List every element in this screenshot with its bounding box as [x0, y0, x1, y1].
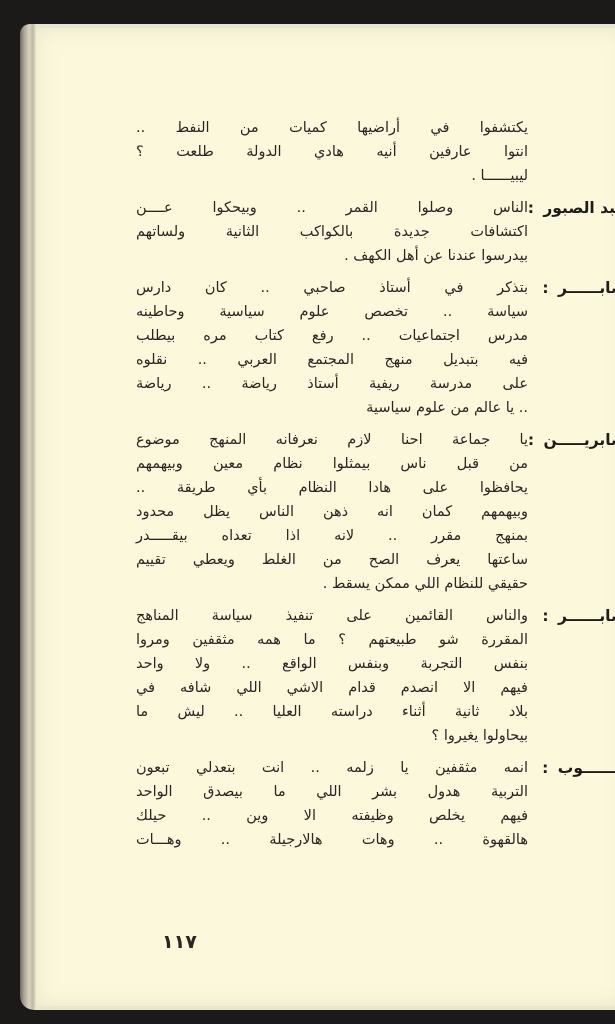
intro-block: يكتشفوا في أراضيها كميات من النفط .. انت…: [136, 116, 615, 188]
text-line: بمنهج مقرر .. لانه اذا تعداه بيقـــــدر: [136, 524, 528, 548]
text-line: والناس القائمين على تنفيذ سياسة المناهج: [136, 604, 528, 628]
text-line: انتوا عارفين أنيه هادي الدولة طلعت ؟: [136, 140, 528, 164]
book-page: يكتشفوا في أراضيها كميات من النفط .. انت…: [36, 28, 615, 1006]
text-line: فيهم الا انصدم قدام الاشي اللي شافه في: [136, 676, 528, 700]
speaker-name: عبد الصبور :: [528, 196, 615, 268]
text-line: هالقهوة .. وهات هالارجيلة .. وهـــات: [136, 828, 528, 852]
text-line: سياسة .. تخصص علوم سياسية وحاطينه: [136, 300, 528, 324]
dialogue-ayoub: أيــــــوب : انمه مثقفين يا زلمه .. انت …: [136, 756, 615, 852]
text-line: انمه مثقفين يا زلمه .. انت بتعدلي تبعون: [136, 756, 528, 780]
text-line: يكتشفوا في أراضيها كميات من النفط ..: [136, 116, 528, 140]
dialogue-saber-1: صابــــــر : بتذكر في أستاذ صاحبي .. كان…: [136, 276, 615, 420]
text-line: المقررة شو طبيعتهم ؟ ما همه مثقفين ومروا: [136, 628, 528, 652]
text-line: وبيهمهم كمان انه ذهن الناس يظل محدود: [136, 500, 528, 524]
speaker-name: أيــــــوب :: [528, 756, 615, 852]
dialogue-abdelsabour: عبد الصبور : الناس وصلوا القمر .. وبيحكو…: [136, 196, 615, 268]
text-line: من قبل ناس بيمثلوا نظام معين وبيهمهم: [136, 452, 528, 476]
text-line: ليبيــــــا .: [136, 164, 528, 188]
text-line: حقيقي للنظام اللي ممكن يسقط .: [136, 572, 528, 596]
text-line: التربية هدول بشر اللي ما بيصدق الواحد: [136, 780, 528, 804]
text-line: بلاد ثانية أثناء دراسته العليا .. ليش ما: [136, 700, 528, 724]
dialogue-sabreen: صابريـــــن : يا جماعة احنا لازم نعرفانه…: [136, 428, 615, 596]
speaker-spacer: [528, 116, 615, 188]
speaker-name: صابــــــر :: [528, 276, 615, 420]
text-line: ساعتها يعرف الصح من الغلط ويعطي تقييم: [136, 548, 528, 572]
text-line: يحافظوا على هادا النظام بأي طريقة ..: [136, 476, 528, 500]
text-line: على مدرسة ريفية أستاذ رياضة .. رياضة: [136, 372, 528, 396]
speaker-name: صابــــــر :: [528, 604, 615, 748]
text-line: يا جماعة احنا لازم نعرفانه المنهج موضوع: [136, 428, 528, 452]
speaker-name: صابريـــــن :: [528, 428, 615, 596]
text-line: بتذكر في أستاذ صاحبي .. كان دارس: [136, 276, 528, 300]
text-line: مدرس اجتماعيات .. رفع كتاب مره بيطلب: [136, 324, 528, 348]
text-line: بيحاولوا يغيروا ؟: [136, 724, 528, 748]
page-number: ١١٧: [162, 931, 197, 953]
text-line: بيدرسوا عندنا عن أهل الكهف .: [136, 244, 528, 268]
text-line: فيهم يخلص وظيفته الا وين .. حيلك: [136, 804, 528, 828]
page-text: يكتشفوا في أراضيها كميات من النفط .. انت…: [136, 116, 615, 860]
text-line: .. يا عالم من علوم سياسية: [136, 396, 528, 420]
text-line: الناس وصلوا القمر .. وبيحكوا عــــن: [136, 196, 528, 220]
dialogue-saber-2: صابــــــر : والناس القائمين على تنفيذ س…: [136, 604, 615, 748]
text-line: فيه بتبديل منهج المجتمع العربي .. نقلوه: [136, 348, 528, 372]
text-line: بنفس التجربة وبنفس الواقع .. ولا واحد: [136, 652, 528, 676]
text-line: اكتشافات جديدة بالكواكب الثانية ولساتهم: [136, 220, 528, 244]
